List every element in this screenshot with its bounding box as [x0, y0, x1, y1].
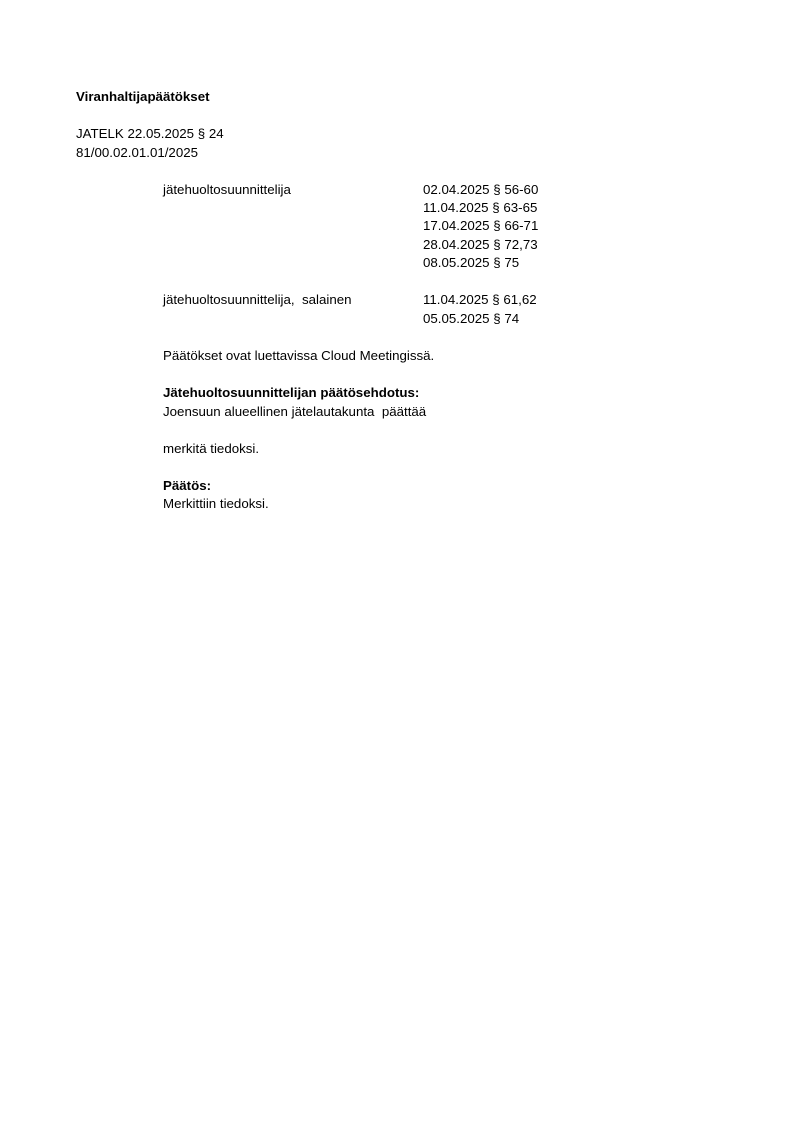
decision-reference: 02.04.2025 § 56-60 [423, 181, 538, 199]
availability-note: Päätökset ovat luettavissa Cloud Meeting… [163, 347, 434, 365]
record-number: 81/00.02.01.01/2025 [76, 144, 198, 162]
official-title: jätehuoltosuunnittelija [163, 181, 291, 199]
official-title: jätehuoltosuunnittelija, salainen [163, 291, 352, 309]
decision-heading: Päätös: [163, 477, 211, 495]
document-title: Viranhaltijapäätökset [76, 88, 210, 106]
decision-reference: 11.04.2025 § 61,62 [423, 291, 537, 309]
decision-reference: 11.04.2025 § 63-65 [423, 199, 537, 217]
proposal-text: Joensuun alueellinen jätelautakunta päät… [163, 403, 426, 421]
proposal-action: merkitä tiedoksi. [163, 440, 259, 458]
decision-reference: 17.04.2025 § 66-71 [423, 217, 538, 235]
decision-reference: 28.04.2025 § 72,73 [423, 236, 538, 254]
decision-reference: 05.05.2025 § 74 [423, 310, 519, 328]
proposal-heading: Jätehuoltosuunnittelijan päätösehdotus: [163, 384, 419, 402]
reference-line: JATELK 22.05.2025 § 24 [76, 125, 224, 143]
decision-reference: 08.05.2025 § 75 [423, 254, 519, 272]
decision-text: Merkittiin tiedoksi. [163, 495, 269, 513]
